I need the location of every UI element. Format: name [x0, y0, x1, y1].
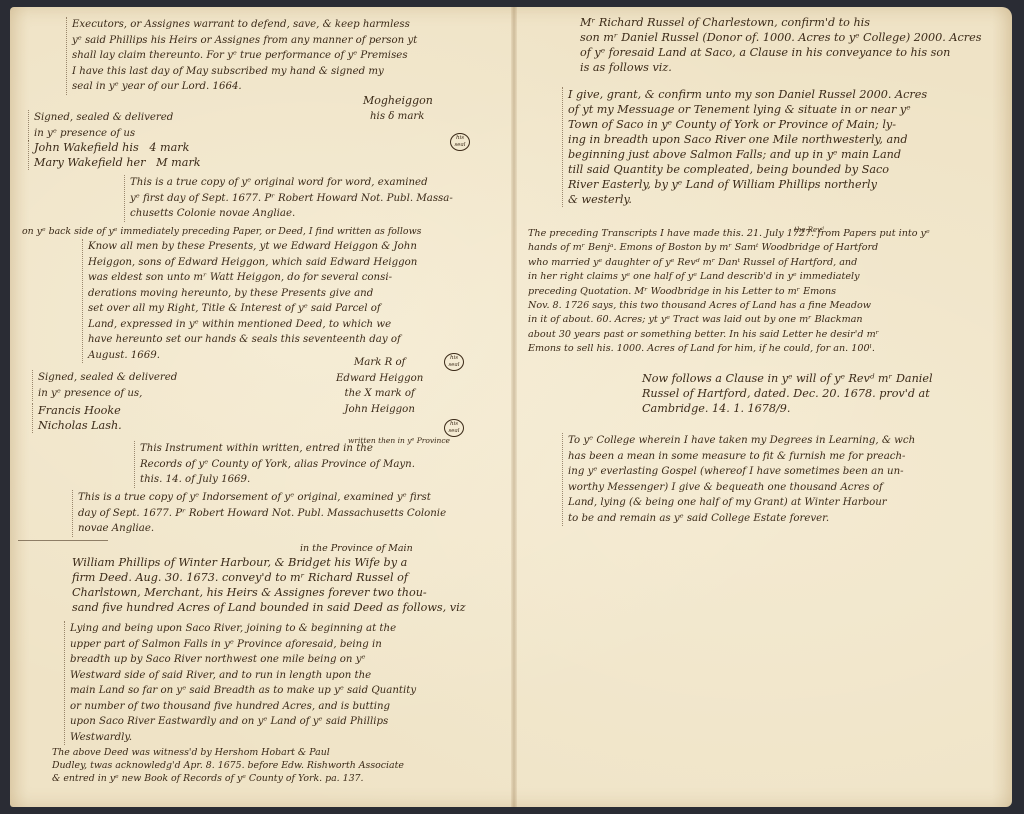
attestation-2: This is a true copy of yᵉ Indorsement of…: [72, 490, 446, 537]
section-divider: [18, 540, 108, 541]
heiggon-witness-header: Signed, sealed & delivered in yᵉ presenc…: [32, 370, 177, 401]
manuscript-sheet: Executors, or Assignes warrant to defend…: [10, 7, 1012, 807]
seal-icon: his seal: [450, 133, 470, 151]
witness-list: John Wakefield his 4 mark Mary Wakefield…: [28, 140, 201, 170]
heiggon-signatures: Mark R of Edward Heiggon the X mark of J…: [336, 355, 423, 417]
left-page: Executors, or Assignes warrant to defend…: [18, 7, 506, 807]
grant-clause: I give, grant, & confirm unto my son Dan…: [562, 87, 927, 207]
witness-mary-wakefield: Mary Wakefield her M mark: [34, 155, 201, 170]
center-fold: [511, 7, 517, 807]
seal-icon: his seal: [444, 353, 464, 371]
boundary-description: Lying and being upon Saco River, joining…: [64, 621, 416, 745]
heiggon-deed: Know all men by these Presents, yt we Ed…: [82, 239, 417, 363]
heiggon-witnesses: Francis Hooke Nicholas Lash.: [32, 403, 122, 433]
back-side-note: on yᵉ back side of yᵉ immediately preced…: [22, 224, 421, 240]
witness-john-wakefield: John Wakefield his 4 mark: [34, 140, 201, 155]
acknowledgement: The above Deed was witness'd by Hershom …: [52, 746, 404, 785]
recorded-note: This Instrument within written, entred i…: [134, 441, 415, 488]
will-heading: Now follows a Clause in yᵉ will of yᵉ Re…: [642, 371, 933, 416]
transcriber-note: The preceding Transcripts I have made th…: [528, 227, 930, 357]
russel-intro: Mʳ Richard Russel of Charlestown, confir…: [580, 15, 981, 75]
witness-header: Signed, sealed & delivered in yᵉ presenc…: [28, 110, 173, 141]
right-page: Mʳ Richard Russel of Charlestown, confir…: [522, 7, 1006, 807]
will-clause: To yᵉ College wherein I have taken my De…: [562, 433, 915, 526]
signer-name: Mogheiggon: [363, 93, 433, 109]
attestation-1: This is a true copy of yᵉ original word …: [124, 175, 453, 222]
signer-mark: his δ mark: [370, 109, 424, 125]
deed-closing-text: Executors, or Assignes warrant to defend…: [66, 17, 417, 95]
seal-icon: his seal: [444, 419, 464, 437]
phillips-deed: William Phillips of Winter Harbour, & Br…: [72, 555, 466, 615]
